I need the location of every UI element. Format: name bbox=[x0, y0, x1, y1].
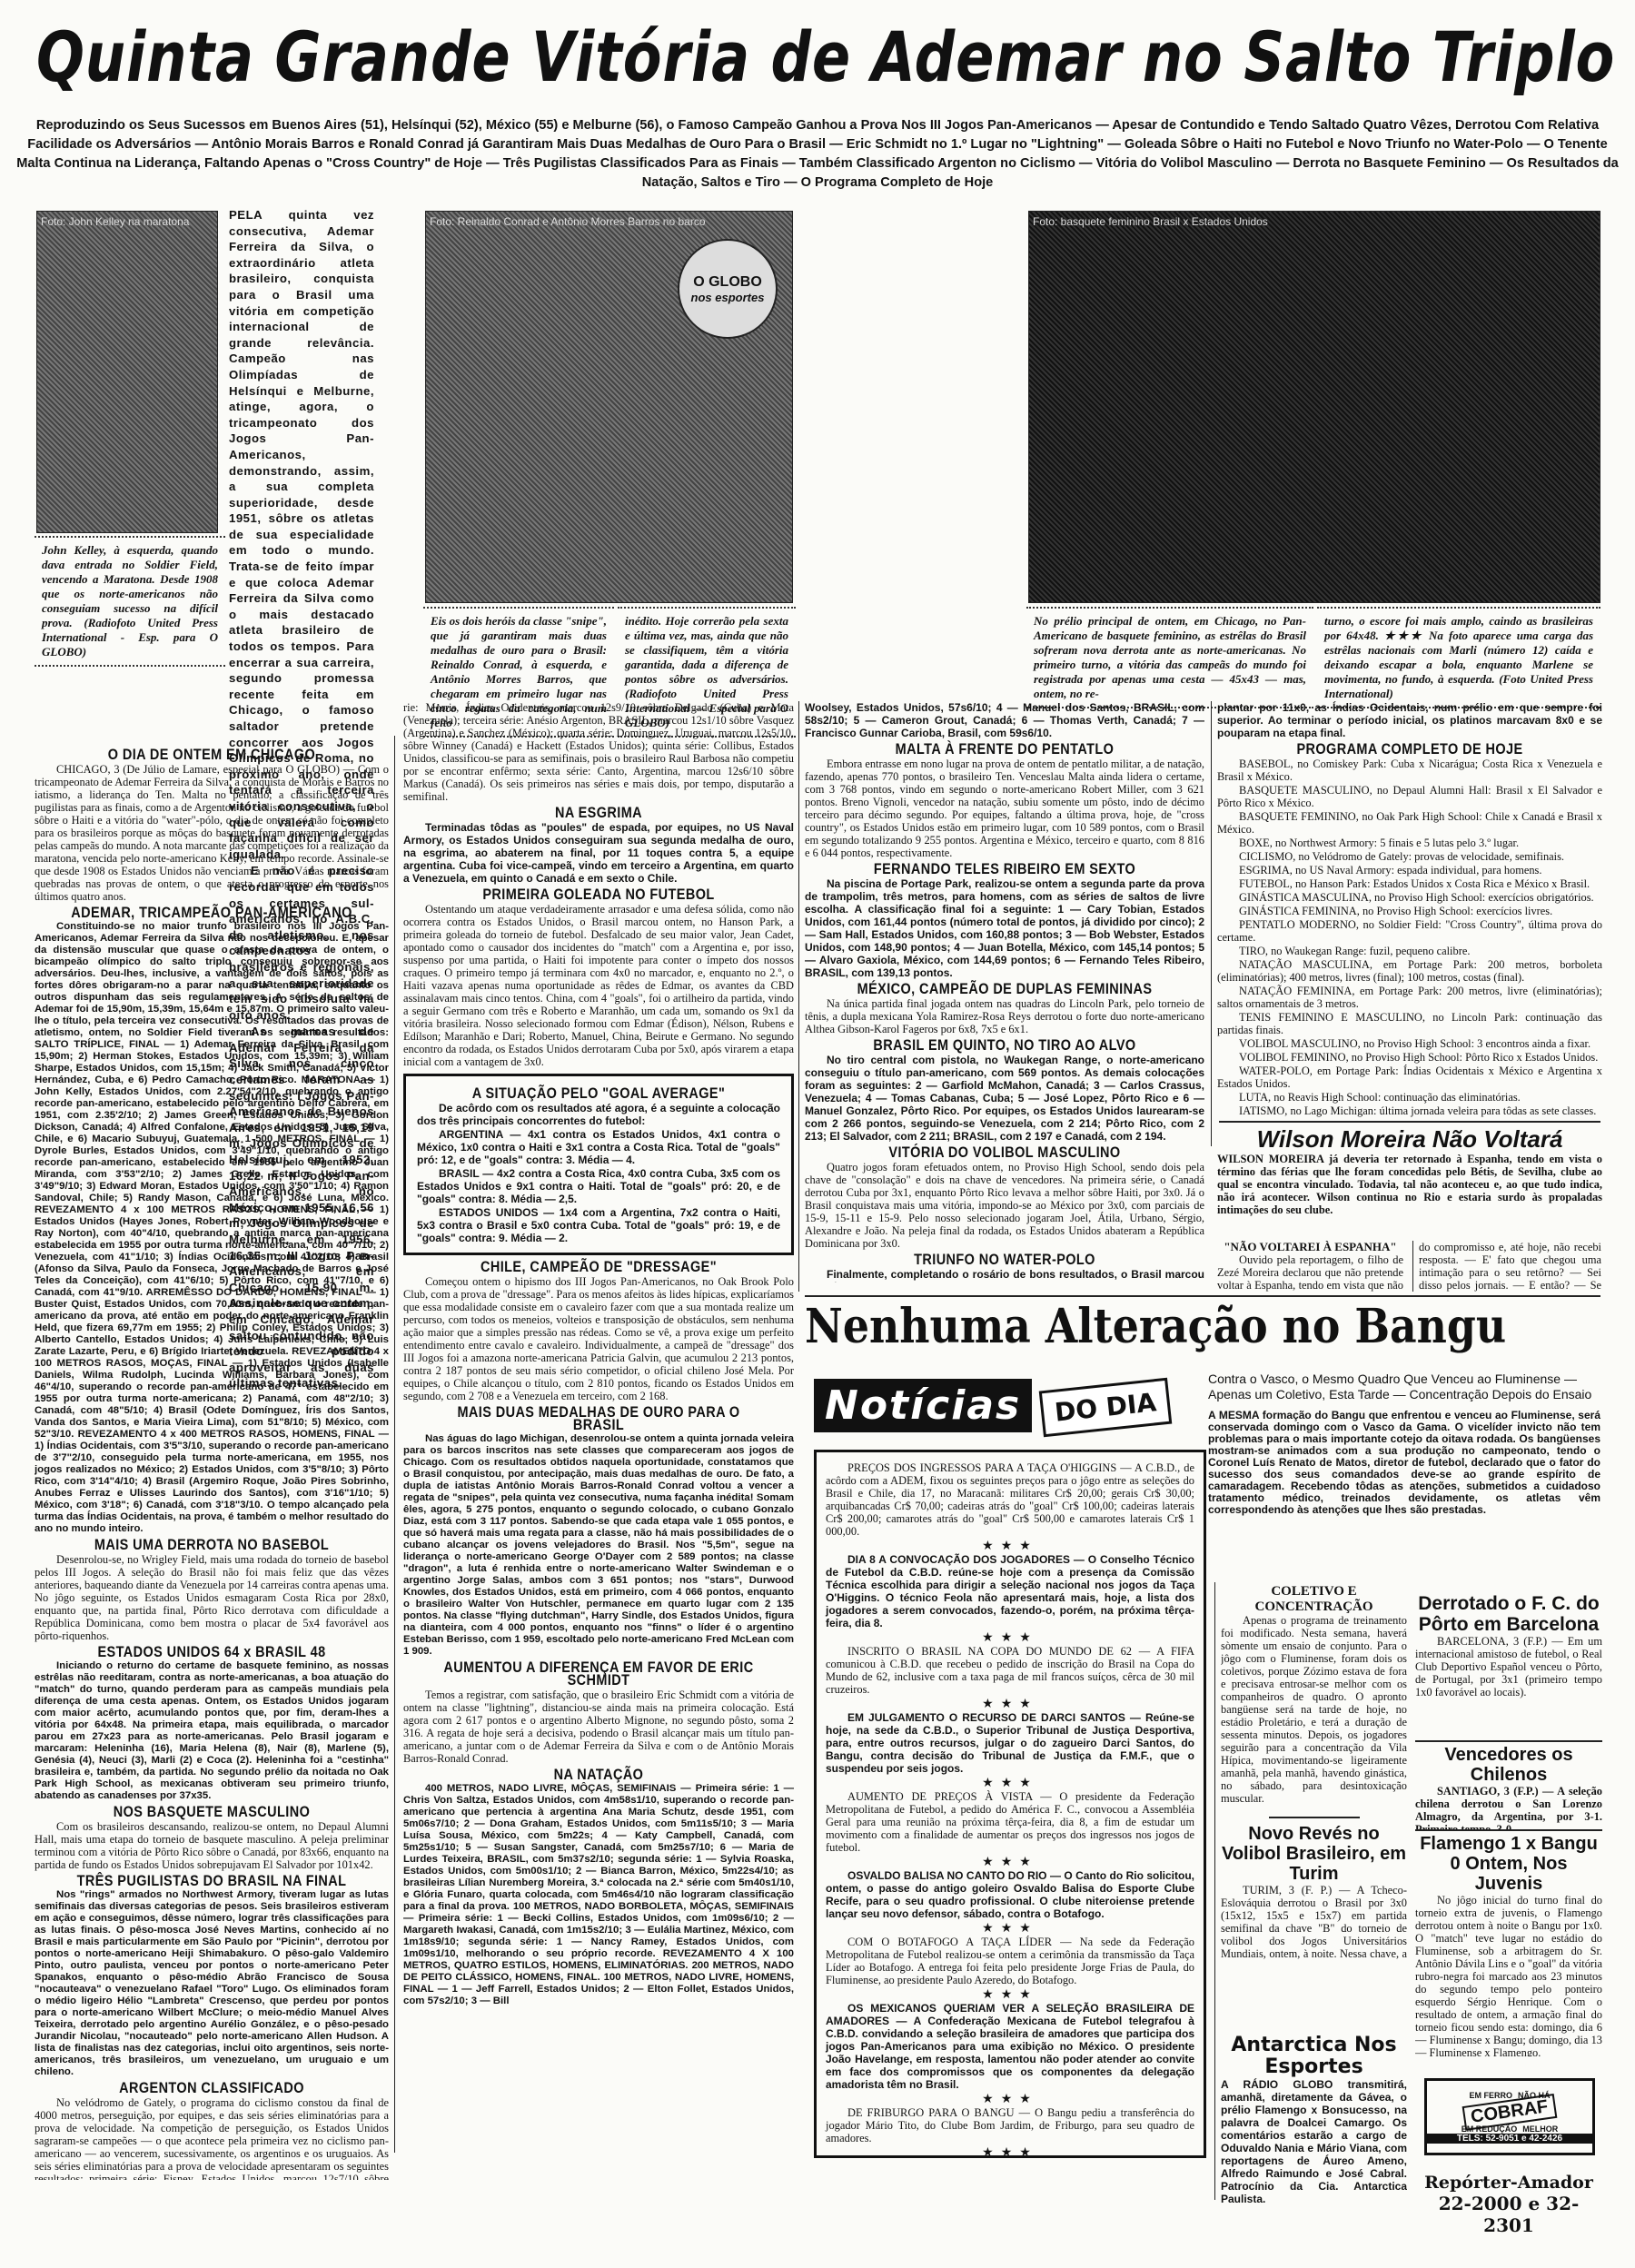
programa-item: ESGRIMA, no US Naval Armory: espada indi… bbox=[1217, 864, 1602, 876]
star-separator: ★★★ bbox=[826, 1630, 1194, 1645]
programa-item: GINÁSTICA FEMININA, no Proviso High Scho… bbox=[1217, 905, 1602, 917]
photo-john-kelley: Foto: John Kelley na maratona bbox=[36, 211, 218, 533]
article-volibol-turim: Novo Revés no Volibol Brasileiro, em Tur… bbox=[1221, 1817, 1407, 1962]
section-title: AUMENTOU A DIFERENÇA EM FAVOR DE ERIC SC… bbox=[432, 1661, 765, 1687]
section-body: Terminadas tôdas as "poules" de espada, … bbox=[403, 821, 794, 885]
article-title: Wilson Moreira Não Voltará bbox=[1217, 1126, 1602, 1153]
noticias-do-dia-logo: Notícias DO DIA bbox=[814, 1372, 1195, 1444]
programa-item: NATAÇÃO MASCULINA, em Portage Park: 200 … bbox=[1217, 958, 1602, 984]
ad-phones: TELS: 52-9051 e 42-2426 bbox=[1427, 2134, 1592, 2144]
column-3: Woolsey, Estados Unidos, 57s6/10; 4 — Ma… bbox=[805, 701, 1204, 1283]
advertisement-cobraf: EM FERRO NÃO HÁ COBRAF EM REDUÇÃO MELHOR… bbox=[1424, 2078, 1595, 2155]
goal-average-title: A SITUAÇÃO PELO "GOAL AVERAGE" bbox=[444, 1087, 753, 1100]
section-body: Com os brasileiros descansando, realizou… bbox=[35, 1820, 389, 1871]
article-title: Novo Revés no Volibol Brasileiro, em Tur… bbox=[1221, 1824, 1407, 1884]
section-title: NA NATAÇÃO bbox=[432, 1768, 765, 1781]
article-porto-barcelona: Derrotado o F. C. do Pôrto em Barcelona … bbox=[1415, 1593, 1602, 1738]
programa-item: BASQUETE MASCULINO, no Depaul Alumni Hal… bbox=[1217, 784, 1602, 809]
section-title: MÉXICO, CAMPEÃO DE DUPLAS FEMININAS bbox=[835, 983, 1174, 995]
news-item: PREÇOS DOS INGRESSOS PARA A TAÇA O'HIGGI… bbox=[826, 1461, 1194, 1538]
section-body: Nos "rings" armados no Northwest Armory,… bbox=[35, 1889, 389, 2078]
section-ademar: ADEMAR, TRICAMPEÃO PAN-AMERICANO Constit… bbox=[35, 906, 389, 1535]
bangu-deck: Contra o Vasco, o Mesmo Quadro Que Vence… bbox=[1208, 1372, 1600, 1402]
logo-tag: DO DIA bbox=[1039, 1378, 1173, 1438]
section-body: Temos a registrar, com satisfação, que o… bbox=[403, 1689, 794, 1765]
section-title: PRIMEIRA GOLEADA NO FUTEBOL bbox=[432, 888, 765, 901]
ad-text: MELHOR bbox=[1522, 2124, 1558, 2134]
section-dia-ontem: O DIA DE ONTEM EM CHICAGO CHICAGO, 3 (De… bbox=[35, 748, 389, 903]
section-title: MAIS DUAS MEDALHAS DE OURO PARA O BRASIL bbox=[432, 1406, 765, 1431]
section-divider bbox=[1269, 1817, 1360, 1818]
column-divider bbox=[798, 701, 799, 1292]
news-item: EM JULGAMENTO O RECURSO DE DARCI SANTOS … bbox=[826, 1711, 1194, 1775]
star-separator: ★★★ bbox=[826, 2092, 1194, 2106]
article-chilenos: Vencedores os Chilenos SANTIAGO, 3 (F.P.… bbox=[1415, 1740, 1602, 1831]
column-4-programa: plantar por 11x0, as Índias Ocidentais, … bbox=[1217, 701, 1602, 1146]
article-body: TURIM, 3 (F. P.) — A Tcheco-Eslováquia d… bbox=[1221, 1884, 1407, 1962]
section-title: NOS BASQUETE MASCULINO bbox=[61, 1806, 362, 1818]
section-body: Constituindo-se no maior trunfo brasilei… bbox=[35, 921, 389, 1535]
programa-item: VOLIBOL MASCULINO, no Proviso High Schoo… bbox=[1217, 1037, 1602, 1050]
article-body: Ouvido pela reportagem, o filho de Zezé … bbox=[1217, 1253, 1403, 1292]
section-body: Embora entrasse em nono lugar na prova d… bbox=[805, 758, 1204, 859]
section-body: Começou ontem o hipismo dos III Jogos Pa… bbox=[403, 1275, 794, 1402]
goal-average-box: A SITUAÇÃO PELO "GOAL AVERAGE" De acôrdo… bbox=[403, 1074, 794, 1255]
programa-item: NATAÇÃO FEMININA, em Portage Park: 200 m… bbox=[1217, 985, 1602, 1010]
section-title: NA ESGRIMA bbox=[432, 807, 765, 819]
subtitle: "NÃO VOLTAREI À ESPANHA" bbox=[1217, 1241, 1403, 1253]
news-title: COM O BOTAFOGO A TAÇA LÍDER bbox=[847, 1936, 1052, 1948]
photo-basquete-feminino: Foto: basquete feminino Brasil x Estados… bbox=[1028, 211, 1600, 603]
section-title: VITÓRIA DO VOLIBOL MASCULINO bbox=[835, 1146, 1174, 1159]
section-body: Woolsey, Estados Unidos, 57s6/10; 4 — Ma… bbox=[805, 701, 1204, 739]
photo-snipe-sailors: Foto: Reinaldo Conrad e Antônio Morres B… bbox=[425, 211, 793, 603]
section-body: 400 METROS, NADO LIVRE, MÔÇAS, SEMIFINAI… bbox=[403, 1783, 794, 2007]
star-separator: ★★★ bbox=[826, 2145, 1194, 2158]
section-basquete-masculino: NOS BASQUETE MASCULINO Com os brasileiro… bbox=[35, 1806, 389, 1871]
programa-item: VOLIBOL FEMININO, no Proviso High School… bbox=[1217, 1051, 1602, 1064]
section-body: Quatro jogos foram efetuados ontem, no P… bbox=[805, 1161, 1204, 1250]
programa-title: PROGRAMA COMPLETO DE HOJE bbox=[1246, 743, 1573, 756]
section-body: Na piscina de Portage Park, realizou-se … bbox=[805, 877, 1204, 979]
badge-bottom: nos esportes bbox=[691, 291, 765, 304]
section-title: FERNANDO TELES RIBEIRO EM SEXTO bbox=[835, 863, 1174, 876]
goal-average-team: BRASIL — 4x2 contra a Costa Rica, 4x0 co… bbox=[417, 1167, 780, 1205]
section-argenton: ARGENTON CLASSIFICADO No velódromo de Ga… bbox=[35, 2082, 389, 2180]
section-title: COLETIVO E CONCENTRAÇÃO bbox=[1221, 1584, 1407, 1614]
article-body: do compromisso e, até hoje, não recebi r… bbox=[1419, 1241, 1601, 1292]
article-lead: WILSON MOREIRA já deveria ter retornado … bbox=[1217, 1153, 1602, 1216]
column-1: O DIA DE ONTEM EM CHICAGO CHICAGO, 3 (De… bbox=[35, 745, 389, 2180]
team-name: BRASIL bbox=[439, 1167, 479, 1180]
column-divider bbox=[1214, 1582, 1215, 2200]
photo-alt: Foto: basquete feminino Brasil x Estados… bbox=[1029, 212, 1272, 232]
column-2: rie: Morris, Índias Ocidentais, marcou 1… bbox=[403, 701, 794, 2191]
news-item: DIA 8 A CONVOCAÇÃO DOS JOGADORES — O Con… bbox=[826, 1553, 1194, 1629]
article-title: Antarctica Nos Esportes bbox=[1221, 2035, 1407, 2078]
column-divider bbox=[1211, 701, 1212, 1146]
section-body: Finalmente, completando o rosário de bon… bbox=[805, 1268, 1204, 1283]
news-item: INSCRITO O BRASIL NA COPA DO MUNDO DE 62… bbox=[826, 1645, 1194, 1696]
section-body: No velódromo de Gately, o programa do ci… bbox=[35, 2096, 389, 2180]
article-antarctica: Antarctica Nos Esportes A RÁDIO GLOBO tr… bbox=[1221, 2035, 1407, 2216]
programa-item: BOXE, no Northwest Armory: 5 finais e 5 … bbox=[1217, 837, 1602, 849]
star-separator: ★★★ bbox=[826, 1855, 1194, 1869]
news-item: OSVALDO BALISA NO CANTO DO RIO — O Canto… bbox=[826, 1869, 1194, 1920]
reporter-title: Repórter-Amador bbox=[1415, 2173, 1602, 2193]
bangu-coletivo: COLETIVO E CONCENTRAÇÃO Apenas o program… bbox=[1221, 1584, 1407, 1811]
badge-top: O GLOBO bbox=[693, 274, 762, 291]
article-body: BARCELONA, 3 (F.P.) — Em um internaciona… bbox=[1415, 1635, 1602, 1699]
section-basebol: MAIS UMA DERROTA NO BASEBOL Desenrolou-s… bbox=[35, 1539, 389, 1642]
section-title: TRÊS PUGILISTAS DO BRASIL NA FINAL bbox=[61, 1875, 362, 1887]
programa-item: BASQUETE FEMININO, no Oak Park High Scho… bbox=[1217, 810, 1602, 836]
article-title: Flamengo 1 x Bangu 0 Ontem, Nos Juvenis bbox=[1415, 1834, 1602, 1894]
section-body: rie: Morris, Índias Ocidentais, marcou 1… bbox=[403, 701, 794, 803]
news-item: AUMENTO DE PREÇOS À VISTA — O presidente… bbox=[826, 1790, 1194, 1854]
noticias-box: PREÇOS DOS INGRESSOS PARA A TAÇA O'HIGGI… bbox=[814, 1450, 1206, 2158]
news-title: AUMENTO DE PREÇOS À VISTA bbox=[847, 1790, 1033, 1803]
column-divider bbox=[394, 736, 395, 2153]
programa-item: PENTATLO MODERNO, no Soldier Field: "Cro… bbox=[1217, 918, 1602, 944]
wilson-right-col: do compromisso e, até hoje, não recebi r… bbox=[1412, 1241, 1601, 1292]
section-body: No tiro central com pistola, no Waukegan… bbox=[805, 1054, 1204, 1143]
news-title: INSCRITO O BRASIL NA COPA DO MUNDO DE 62 bbox=[847, 1645, 1132, 1658]
star-separator: ★★★ bbox=[826, 1697, 1194, 1711]
section-divider bbox=[805, 1295, 1600, 1297]
section-body: Apenas o programa de treinamento foi mod… bbox=[1221, 1614, 1407, 1805]
programa-item: BASEBOL, no Comiskey Park: Cuba x Nicará… bbox=[1217, 758, 1602, 783]
caption-john-kelley: John Kelley, à esquerda, quando dava ent… bbox=[35, 536, 225, 667]
section-body: plantar por 11x0, as Índias Ocidentais, … bbox=[1217, 701, 1602, 739]
section-basquete-feminino: ESTADOS UNIDOS 64 x BRASIL 48 Iniciando … bbox=[35, 1646, 389, 1802]
section-title: CHILE, CAMPEÃO DE "DRESSAGE" bbox=[432, 1261, 765, 1273]
section-divider bbox=[1219, 1121, 1600, 1123]
wilson-left-col: "NÃO VOLTAREI À ESPANHA" Ouvido pela rep… bbox=[1217, 1241, 1403, 1292]
section-title: ADEMAR, TRICAMPEÃO PAN-AMERICANO bbox=[61, 906, 362, 919]
programa-item: IATISMO, no Lago Michigan: última jornad… bbox=[1217, 1104, 1602, 1117]
programa-item: FUTEBOL, no Hanson Park: Estados Unidos … bbox=[1217, 877, 1602, 890]
ad-text: EM FERRO bbox=[1469, 2091, 1512, 2100]
page-headline: Quinta Grande Vitória de Ademar no Salto… bbox=[36, 16, 1600, 107]
programa-item: TIRO, no Waukegan Range: fuzil, pequeno … bbox=[1217, 945, 1602, 957]
logo-word: Notícias bbox=[814, 1379, 1032, 1432]
programa-item: GINÁSTICA MASCULINA, no Proviso High Sch… bbox=[1217, 891, 1602, 904]
news-title: DE FRIBURGO PARA O BANGU bbox=[847, 2106, 1015, 2119]
team-name: ARGENTINA bbox=[439, 1128, 503, 1141]
caption-basquete-right: turno, o escore foi mais amplo, caindo a… bbox=[1317, 607, 1600, 708]
section-title: O DIA DE ONTEM EM CHICAGO bbox=[61, 748, 362, 761]
goal-average-intro: De acôrdo com os resultados até agora, é… bbox=[417, 1102, 780, 1127]
article-title: Derrotado o F. C. do Pôrto em Barcelona bbox=[1415, 1593, 1602, 1635]
bangu-lead: A MESMA formação do Bangu que enfrentou … bbox=[1208, 1410, 1600, 1516]
star-separator: ★★★ bbox=[826, 1921, 1194, 1936]
section-body: Desenrolou-se, no Wrigley Field, mais um… bbox=[35, 1553, 389, 1642]
reporter-amador: Repórter-Amador 22-2000 e 32-2301 bbox=[1415, 2173, 1602, 2236]
goal-average-team: ARGENTINA — 4x1 contra os Estados Unidos… bbox=[417, 1128, 780, 1166]
star-separator: ★★★ bbox=[826, 1776, 1194, 1790]
article-flamengo-bangu: Flamengo 1 x Bangu 0 Ontem, Nos Juvenis … bbox=[1415, 1829, 1602, 2056]
news-title: DIA 8 A CONVOCAÇÃO DOS JOGADORES bbox=[847, 1553, 1070, 1566]
section-title: TRIUNFO NO WATER-POLO bbox=[835, 1253, 1174, 1266]
news-item: OS MEXICANOS QUERIAM VER A SELEÇÃO BRASI… bbox=[826, 2002, 1194, 2091]
news-title: EM JULGAMENTO O RECURSO DE DARCI SANTOS bbox=[847, 1711, 1125, 1724]
star-separator: ★★★ bbox=[826, 1539, 1194, 1553]
article-body: No jôgo inicial do turno final do tornei… bbox=[1415, 1894, 1602, 2056]
programa-item: CICLISMO, no Velódromo de Gately: provas… bbox=[1217, 850, 1602, 863]
news-item: COM O BOTAFOGO A TAÇA LÍDER — Na sede da… bbox=[826, 1936, 1194, 1986]
section-title: ESTADOS UNIDOS 64 x BRASIL 48 bbox=[61, 1646, 362, 1659]
programa-item: TENIS FEMININO E MASCULINO, no Lincoln P… bbox=[1217, 1011, 1602, 1036]
news-title: PREÇOS DOS INGRESSOS PARA A TAÇA O'HIGGI… bbox=[847, 1461, 1116, 1474]
headline-deck: Reproduzindo os Seus Sucessos em Buenos … bbox=[11, 116, 1624, 193]
goal-average-team: ESTADOS UNIDOS — 1x4 com a Argentina, 7x… bbox=[417, 1206, 780, 1244]
section-body: Nas águas do lago Michigan, desenrolou-s… bbox=[403, 1433, 794, 1658]
photo-alt: Foto: Reinaldo Conrad e Antônio Morres B… bbox=[426, 212, 709, 232]
o-globo-nos-esportes-badge: O GLOBO nos esportes bbox=[678, 239, 778, 339]
article-title: Vencedores os Chilenos bbox=[1415, 1745, 1602, 1785]
caption-basquete-left: No prélio principal de ontem, em Chicago… bbox=[1026, 607, 1313, 708]
article-body: SANTIAGO, 3 (F.P.) — A seleção chilena d… bbox=[1415, 1785, 1602, 1831]
section-body: Iniciando o returno do certame de basque… bbox=[35, 1660, 389, 1802]
section-body: CHICAGO, 3 (De Júlio de Lamare, especial… bbox=[35, 763, 389, 903]
programa-item: LUTA, no Reavis High School: continuação… bbox=[1217, 1091, 1602, 1104]
star-separator: ★★★ bbox=[826, 1987, 1194, 2002]
section-pugilistas: TRÊS PUGILISTAS DO BRASIL NA FINAL Nos "… bbox=[35, 1875, 389, 2078]
section-title: MAIS UMA DERROTA NO BASEBOL bbox=[61, 1539, 362, 1551]
bangu-headline: Nenhuma Alteração no Bangu bbox=[805, 1301, 1600, 1352]
photo-alt: Foto: John Kelley na maratona bbox=[37, 212, 193, 232]
news-item: DE FRIBURGO PARA O BANGU — O Bangu pediu… bbox=[826, 2106, 1194, 2144]
article-body: A RÁDIO GLOBO transmitirá, amanhã, diret… bbox=[1221, 2078, 1407, 2205]
section-body: Ostentando um ataque verdadeiramente arr… bbox=[403, 903, 794, 1068]
section-title: BRASIL EM QUINTO, NO TIRO AO ALVO bbox=[835, 1039, 1174, 1052]
news-title: OSVALDO BALISA NO CANTO DO RIO bbox=[847, 1869, 1047, 1882]
reporter-phones: 22-2000 e 32-2301 bbox=[1415, 2193, 1602, 2236]
section-body: Na única partida final jogada ontem nas … bbox=[805, 997, 1204, 1035]
programa-item: WATER-POLO, em Portage Park: Índias Ocid… bbox=[1217, 1065, 1602, 1090]
section-title: MALTA À FRENTE DO PENTATLO bbox=[835, 743, 1174, 756]
team-name: ESTADOS UNIDOS bbox=[439, 1206, 538, 1219]
section-title: ARGENTON CLASSIFICADO bbox=[61, 2082, 362, 2095]
